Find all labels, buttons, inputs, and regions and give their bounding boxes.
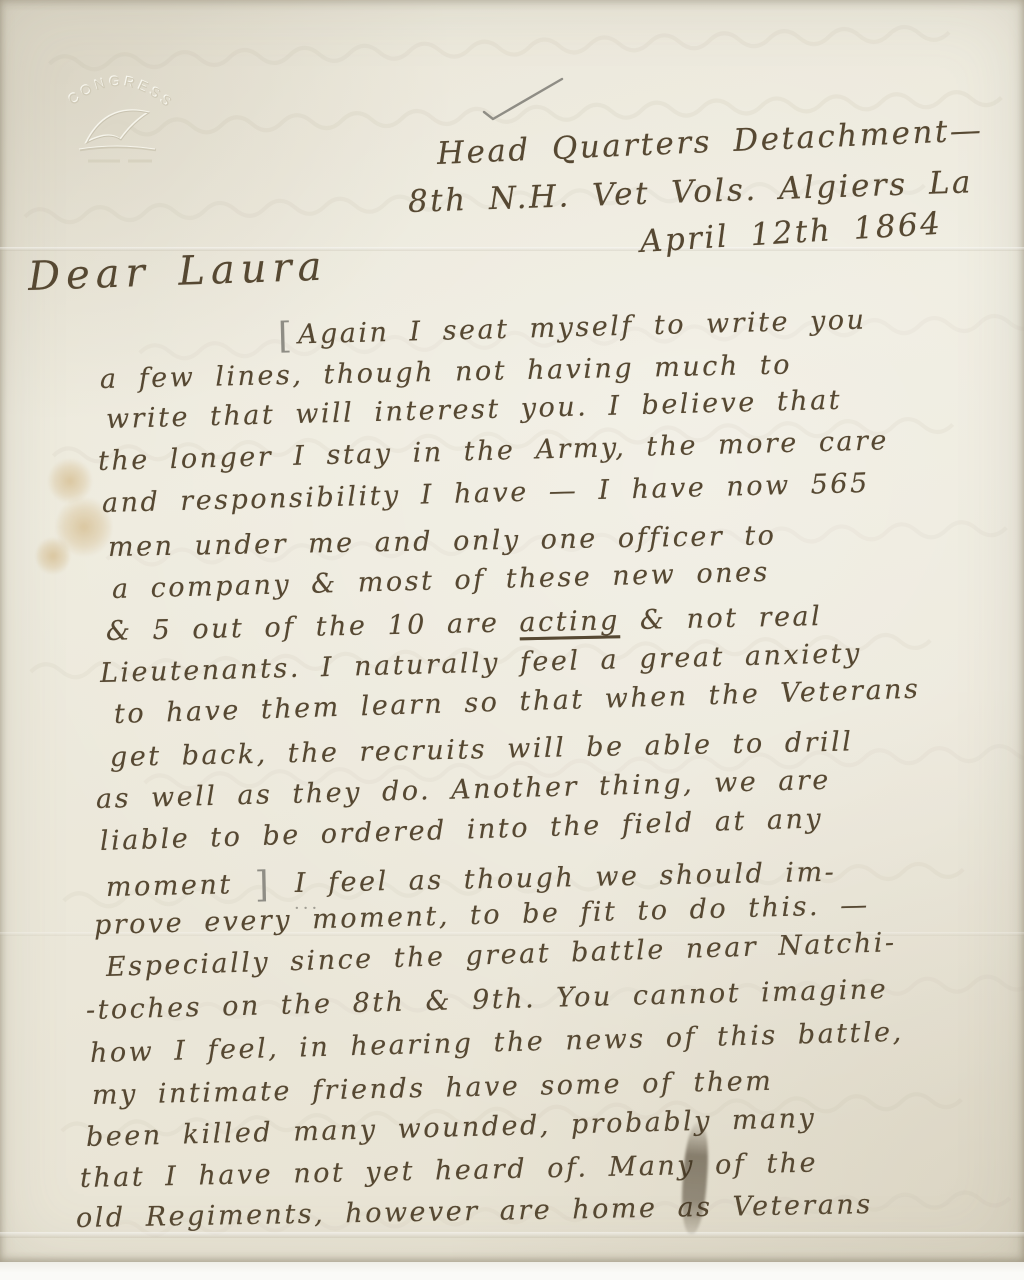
- body-line-text: & 5 out of the 10 are: [106, 607, 520, 647]
- body-line-text: moment: [106, 869, 253, 903]
- heading-line-date: April 12th 1864: [639, 206, 943, 260]
- svg-text:CONGRESS: CONGRESS: [64, 72, 177, 111]
- body-line: get back, the recruits will be able to d…: [110, 726, 854, 773]
- svg-text:CONGRESS: CONGRESS: [65, 73, 178, 112]
- paper-crease: [0, 1232, 1024, 1238]
- body-line: my intimate friends have some of them: [92, 1066, 774, 1111]
- body-line: [Again I seat myself to write you: [275, 301, 867, 357]
- body-line: the longer I stay in the Army, the more …: [98, 425, 890, 477]
- stamp-highlight-text: CONGRESS: [64, 72, 177, 111]
- congress-embossed-stamp: CONGRESS CONGRESS: [48, 44, 188, 184]
- underlined-word-acting: acting: [519, 605, 620, 638]
- pencil-open-bracket: [: [275, 315, 298, 357]
- body-line: men under me and only one officer to: [108, 520, 777, 563]
- body-line-text: & not real: [620, 601, 823, 636]
- body-line: & 5 out of the 10 are acting & not real: [106, 601, 823, 647]
- scanned-letter-page: CONGRESS CONGRESS: [0, 0, 1024, 1280]
- salutation: Dear Laura: [27, 244, 328, 300]
- pencil-close-bracket: ]: [252, 864, 275, 905]
- body-line: how I feel, in hearing the news of this …: [90, 1017, 904, 1069]
- stamp-shadow-text: CONGRESS: [65, 73, 178, 112]
- foxing-spot: [36, 536, 70, 576]
- body-line: -toches on the 8th & 9th. You cannot ima…: [86, 974, 889, 1026]
- body-line: and responsibility I have — I have now 5…: [102, 468, 871, 519]
- stamp-eagle-icon: [79, 110, 156, 161]
- letter-paper: CONGRESS CONGRESS: [0, 0, 1024, 1262]
- body-line-text: Again I seat myself to write you: [298, 305, 867, 351]
- body-line: a company & most of these new ones: [112, 557, 771, 605]
- pencil-checkmark-icon: [478, 68, 570, 126]
- body-line: old Regiments, however are home as Veter…: [76, 1189, 873, 1234]
- scanner-background: [0, 1262, 1024, 1280]
- heading-line-unit: Head Quarters Detachment—: [436, 112, 984, 172]
